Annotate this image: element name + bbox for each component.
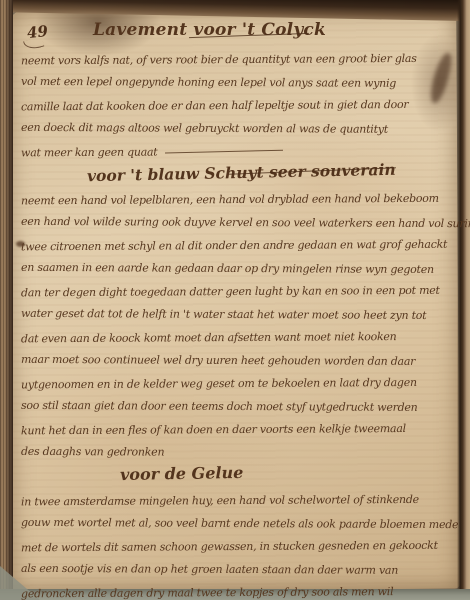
pen-stroke — [165, 150, 283, 154]
manuscript-line: met de wortels dit samen schoon gewassen… — [21, 534, 462, 560]
manuscript-line: camille laat dat kooken doe er dan een h… — [21, 93, 462, 119]
page-number: 49 — [26, 22, 49, 42]
manuscript-line: neemt een hand vol lepelblaren, een hand… — [21, 187, 462, 213]
manuscript-line: neemt vors kalfs nat, of vers root bier … — [21, 47, 462, 73]
recipe3-heading: voor de Gelue — [120, 463, 244, 484]
recipe1-heading: Lavement voor 't Colyck — [93, 20, 326, 40]
manuscript-line: wat meer kan geen quaat — [21, 139, 462, 165]
manuscript-line: en saamen in een aarde kan gedaan daar o… — [21, 256, 462, 281]
manuscript-text: 49 Lavement voor 't Colyck neemt vors ka… — [11, 8, 464, 596]
manuscript-line: kunt het dan in een fles of kan doen en … — [21, 417, 462, 443]
manuscript-line: gedroncken alle dagen dry maal twee te k… — [21, 580, 462, 600]
manuscript-line: een hand vol wilde suring ook duyve kerv… — [21, 210, 462, 235]
manuscript-line: dat even aan de koock komt moet dan afse… — [21, 325, 462, 351]
manuscript-line: des daaghs van gedronken — [21, 440, 462, 465]
recipe3-heading-row: voor de Gelue — [21, 464, 462, 489]
manuscript-photo: 49 Lavement voor 't Colyck neemt vors ka… — [0, 0, 470, 600]
manuscript-line: uytgenoomen en in de kelder weg geset om… — [21, 371, 462, 397]
manuscript-line: in twee amsterdamse mingelen huy, een ha… — [21, 488, 462, 514]
manuscript-line: dan ter degen dight toegedaan datter gee… — [21, 279, 462, 305]
recipe2-heading-row: voor 't blauw Schuyt seer souverain — [21, 163, 462, 188]
manuscript-line: een doeck dit mags altoos wel gebruyckt … — [21, 116, 462, 141]
manuscript-line: gouw met wortel met al, soo veel barnt e… — [21, 511, 462, 536]
manuscript-line: vol met een lepel ongepynde honing een l… — [21, 70, 462, 95]
manuscript-line: als een sootje vis en dan op het groen l… — [21, 557, 462, 582]
recipe2-body: neemt een hand vol lepelblaren, een hand… — [21, 188, 462, 464]
manuscript-line: twee citroenen met schyl en al dit onder… — [21, 233, 462, 259]
manuscript-line: soo stil staan giet dan door een teems d… — [21, 394, 462, 419]
recipe1-body: neemt vors kalfs nat, of vers root bier … — [21, 48, 462, 163]
recipe3-body: in twee amsterdamse mingelen huy, een ha… — [21, 489, 462, 600]
manuscript-line: maar moet soo continueel wel dry uuren h… — [21, 348, 462, 373]
title-row: 49 Lavement voor 't Colyck — [21, 16, 462, 46]
manuscript-line: water geset dat tot de helft in 't water… — [21, 302, 462, 327]
